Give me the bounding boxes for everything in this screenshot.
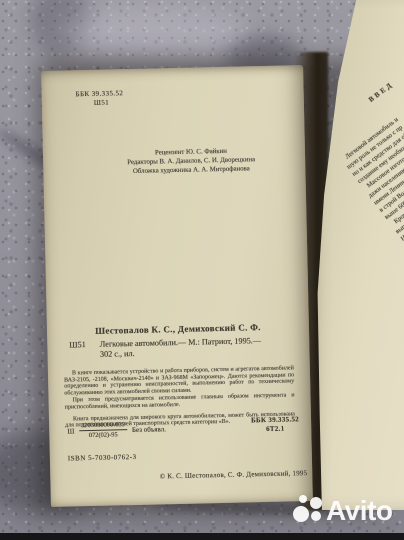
concrete-highlight	[60, 5, 250, 60]
avito-logo-dot	[299, 495, 307, 503]
catalog-code: Ш51	[69, 340, 86, 360]
bibliographic-entry: Ш51 Легковые автомобили.— М.: Патриот, 1…	[69, 336, 261, 360]
bbk-classification-bottom: ББК 39.335.52 6Т2.1	[251, 415, 299, 434]
copyright-page: ББК 39.335.52 Ш51 Рецензент Ю. С. Файкин…	[41, 65, 313, 507]
udc-number: 6Т2.1	[251, 424, 299, 434]
avito-watermark-label: Avito	[326, 494, 392, 528]
print-code-prefix: Ш	[67, 427, 74, 435]
bbk-classification-top: ББК 39.335.52 Ш51	[76, 89, 124, 108]
author-sign: Ш51	[76, 98, 124, 108]
avito-logo-icon	[292, 494, 326, 528]
isbn-line: ISBN 5-7030-0762-3	[68, 453, 137, 463]
avito-logo-dot	[311, 511, 321, 521]
print-code-suffix: Без объявл.	[132, 425, 166, 434]
bibliographic-lines: Легковые автомобили.— М.: Патриот, 1995.…	[100, 336, 262, 360]
print-code-row: Ш 3203030000-039 072(02)-95 Без объявл.	[67, 420, 166, 439]
authors-heading: Шестопалов К. С., Демиховский С. Ф.	[47, 321, 309, 337]
avito-logo-dot	[310, 497, 322, 509]
book-photo: ВВЕД Легковой автомобиль и шую роль не т…	[0, 0, 404, 540]
credits-block: Рецензент Ю. С. Файкин Редакторы В. А. Д…	[43, 145, 306, 178]
print-code-fraction: 3203030000-039 072(02)-95	[79, 421, 127, 439]
copyright-line: © К. С. Шестопалов, С. Ф. Демиховский, 1…	[160, 469, 308, 480]
avito-watermark: Avito	[292, 494, 392, 528]
print-code-denominator: 072(02)-95	[79, 430, 127, 439]
intro-body-lines: Легковой автомобиль и шую роль не только…	[339, 19, 404, 395]
avito-logo-dot	[293, 506, 309, 522]
photo-bottom-strip	[0, 533, 404, 540]
concrete-stain	[30, 0, 90, 55]
